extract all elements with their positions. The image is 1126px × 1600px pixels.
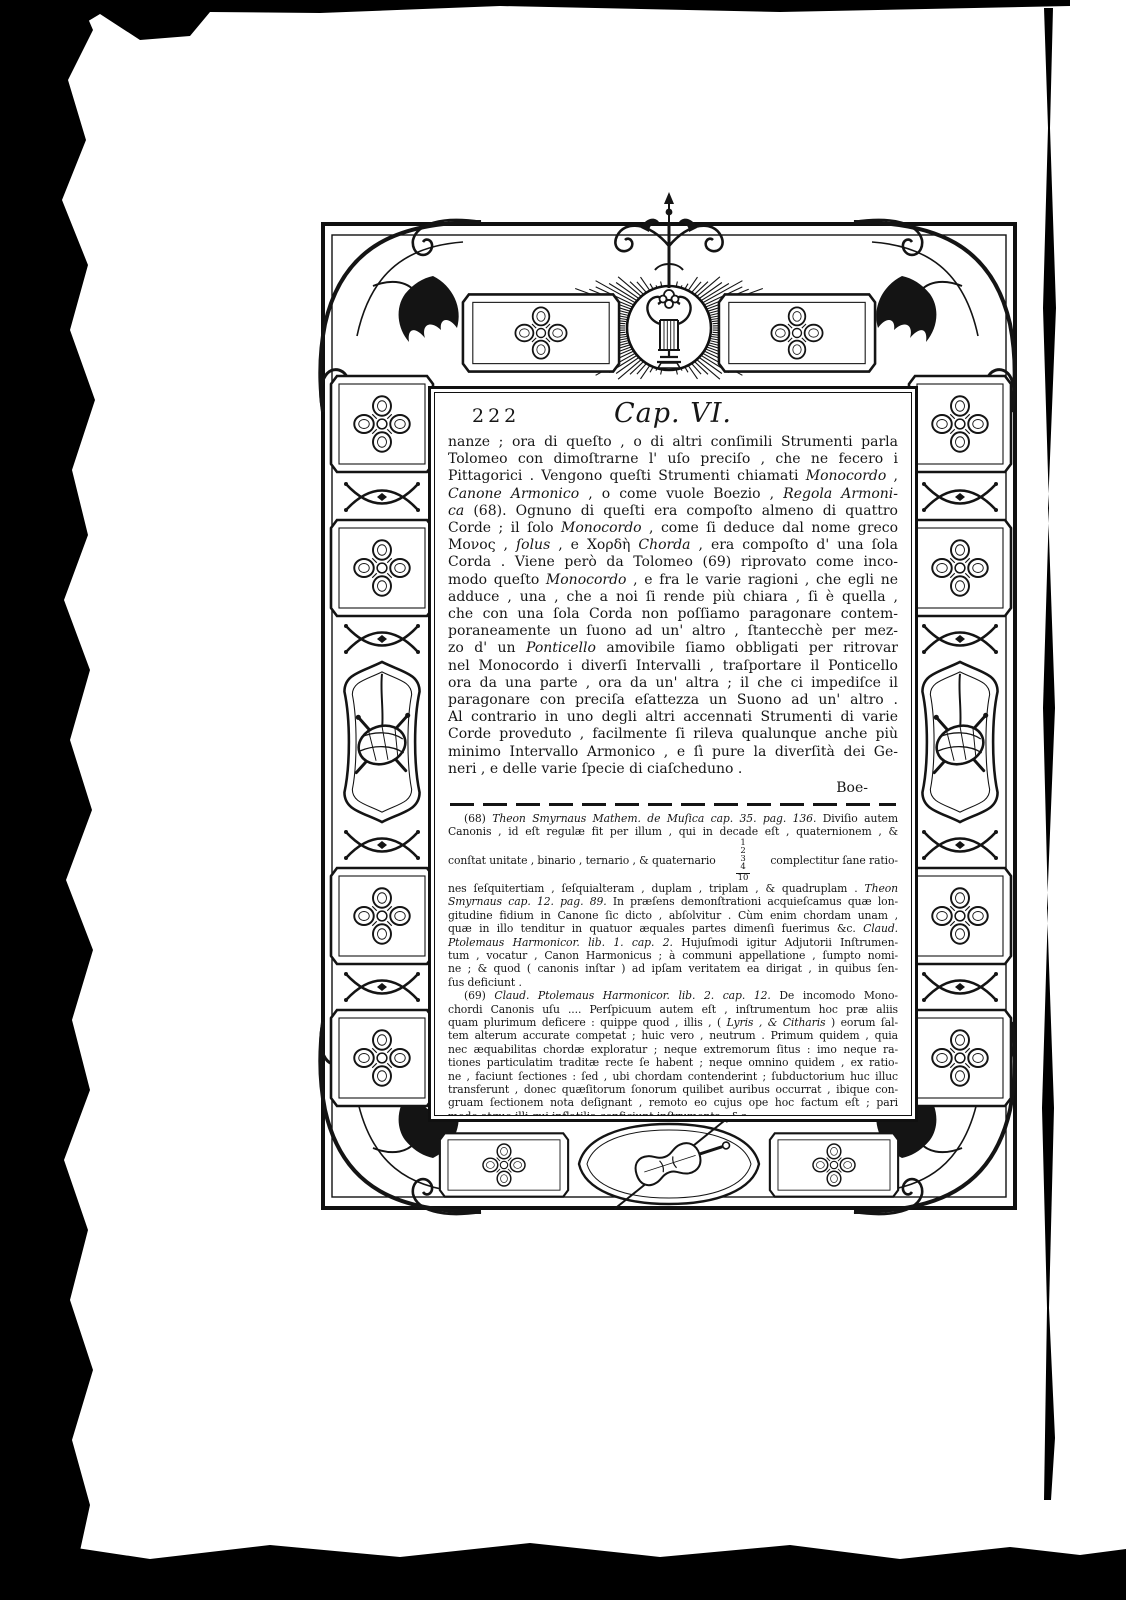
text-line: adduce , una , che a noi ſi rende più ch… [448, 589, 898, 606]
text-line: Ptolemaus Harmonicor. lib. 1. cap. 2. Hu… [448, 936, 898, 949]
torn-edge-top [80, 0, 1070, 46]
rosette-panel [331, 376, 433, 472]
right-ornament-column [909, 376, 1011, 1106]
text-line: Canone Armonico , o come vuole Boezio , … [448, 486, 898, 503]
x-divider-icon [344, 830, 420, 860]
text-line: tum , vocatur , Canon Harmonicus ; à com… [448, 949, 898, 962]
acanthus-crest-icon [615, 192, 722, 284]
text-line: paragonare con preciſa eſattezza un Suon… [448, 692, 898, 709]
rosette-panel [909, 868, 1011, 964]
torn-edge-left [0, 0, 100, 1600]
catchword: Boe- [448, 780, 898, 796]
text-line: Al contrario in uno degli altri accennat… [448, 709, 898, 726]
rosette-panel [909, 376, 1011, 472]
x-divider-icon [922, 830, 998, 860]
text-line: poraneamente un ſuono ad un' altro , ſta… [448, 623, 898, 640]
text-block: 222 Cap. VI. nanze ; ora di queſto , o d… [434, 392, 912, 1116]
left-ornament-column [331, 376, 433, 1106]
violin-and-bow-cartouche [579, 1115, 759, 1209]
text-line: Canonis , id eſt regulæ fit per illum , … [448, 825, 898, 838]
page-header: 222 Cap. VI. [448, 398, 898, 431]
rosette-panel [331, 868, 433, 964]
x-divider-icon [344, 624, 420, 654]
text-line: nes ſeſquitertiam , ſeſquialteram , dupl… [448, 882, 898, 895]
body-text: nanze ; ora di queſto , o di altri conſi… [448, 434, 898, 778]
text-line: tem alterum accurate competat ; huic ver… [448, 1029, 898, 1042]
torn-edge-bottom [0, 1535, 1126, 1600]
torn-edge-right [1040, 8, 1060, 1500]
text-line: Μονος , ſolus , e Χορδὴ Chorda , era com… [448, 537, 898, 554]
rosette-panel [331, 1010, 433, 1106]
scanned-book-page: 222 Cap. VI. nanze ; ora di queſto , o d… [0, 0, 1126, 1600]
x-divider-icon [922, 972, 998, 1002]
drum-panel [922, 662, 997, 822]
text-line: Smyrnaus cap. 12. pag. 89. In præſens de… [448, 895, 898, 908]
text-line: (68) Theon Smyrnaus Mathem. de Muſica ca… [448, 812, 898, 825]
text-line: modo queſto Monocordo , e fra le varie r… [448, 572, 898, 589]
text-line: Corda . Viene però da Tolomeo (69) ripro… [448, 554, 898, 571]
text-line: ca (68). Ognuno di queſti era compoſto a… [448, 503, 898, 520]
text-line: (69) Claud. Ptolemaus Harmonicor. lib. 2… [448, 989, 898, 1002]
rosette-panel [770, 1133, 898, 1196]
text-line: che con una ſola Corda non poſſiamo para… [448, 606, 898, 623]
sum-stack: 123410 [733, 839, 754, 882]
rosette-panel [719, 294, 875, 371]
text-line: gruam ſectionem nota deſignant , remoto … [448, 1096, 898, 1109]
footnotes: (68) Theon Smyrnaus Mathem. de Muſica ca… [448, 812, 898, 1116]
text-line: ſus deficiunt . [448, 976, 898, 989]
text-line: ne ; & quod ( canonis inſtar ) ad ipſam … [448, 962, 898, 975]
text-line: neri , e delle varie ſpecie di ciaſchedu… [448, 761, 898, 778]
text-line: gitudine fidium in Canone ſic dicto , ab… [448, 909, 898, 922]
text-line: transferunt , donec quæſitorum ſonorum q… [448, 1083, 898, 1096]
text-line: chordi Canonis uſu .... Perſpicuum autem… [448, 1003, 898, 1016]
text-line: quam plurimum deficere : quippe quod , i… [448, 1016, 898, 1029]
text-line: Corde ; il ſolo Monocordo , come ſi dedu… [448, 520, 898, 537]
text-line: Pittagorici . Vengono queſti Strumenti c… [448, 468, 898, 485]
text-line: Tolomeo con dimoſtrarne l' uſo preciſo ,… [448, 451, 898, 468]
rosette-panel [909, 520, 1011, 616]
text-line: quæ in illo tenditur in quatuor æquales … [448, 922, 898, 935]
text-line: nec æquabilitas chordæ exploratur ; nequ… [448, 1043, 898, 1056]
text-line: nanze ; ora di queſto , o di altri conſi… [448, 434, 898, 451]
footnote-separator [450, 803, 896, 806]
x-divider-icon [922, 482, 998, 512]
text-line: conſtat unitate , binario , ternario , &… [448, 839, 898, 882]
page-number: 222 [472, 405, 520, 427]
rosette-panel [909, 1010, 1011, 1106]
text-line: minimo Intervallo Armonico , e ſì pure l… [448, 744, 898, 761]
rosette-panel [440, 1133, 568, 1196]
text-line: ora da una parte , ora da un' altra ; il… [448, 675, 898, 692]
x-divider-icon [922, 624, 998, 654]
x-divider-icon [344, 972, 420, 1002]
text-line: modo atque illi qui inflatilia conficiun… [448, 1110, 898, 1116]
text-block-border: 222 Cap. VI. nanze ; ora di queſto , o d… [428, 386, 918, 1122]
rosette-panel [463, 294, 619, 371]
rosette-panel [331, 520, 433, 616]
text-line: nel Monocordo i diverſi Intervalli , tra… [448, 658, 898, 675]
x-divider-icon [344, 482, 420, 512]
drum-panel [344, 662, 419, 822]
text-line: zo d' un Ponticello amovibile ſiamo obbl… [448, 640, 898, 657]
text-line: ne , faciunt ſectiones : ſed , ubi chord… [448, 1070, 898, 1083]
text-line: tiones particulatim traditæ recte ſe hab… [448, 1056, 898, 1069]
text-line: Corde proveduto , facilmente ſi rileva q… [448, 726, 898, 743]
